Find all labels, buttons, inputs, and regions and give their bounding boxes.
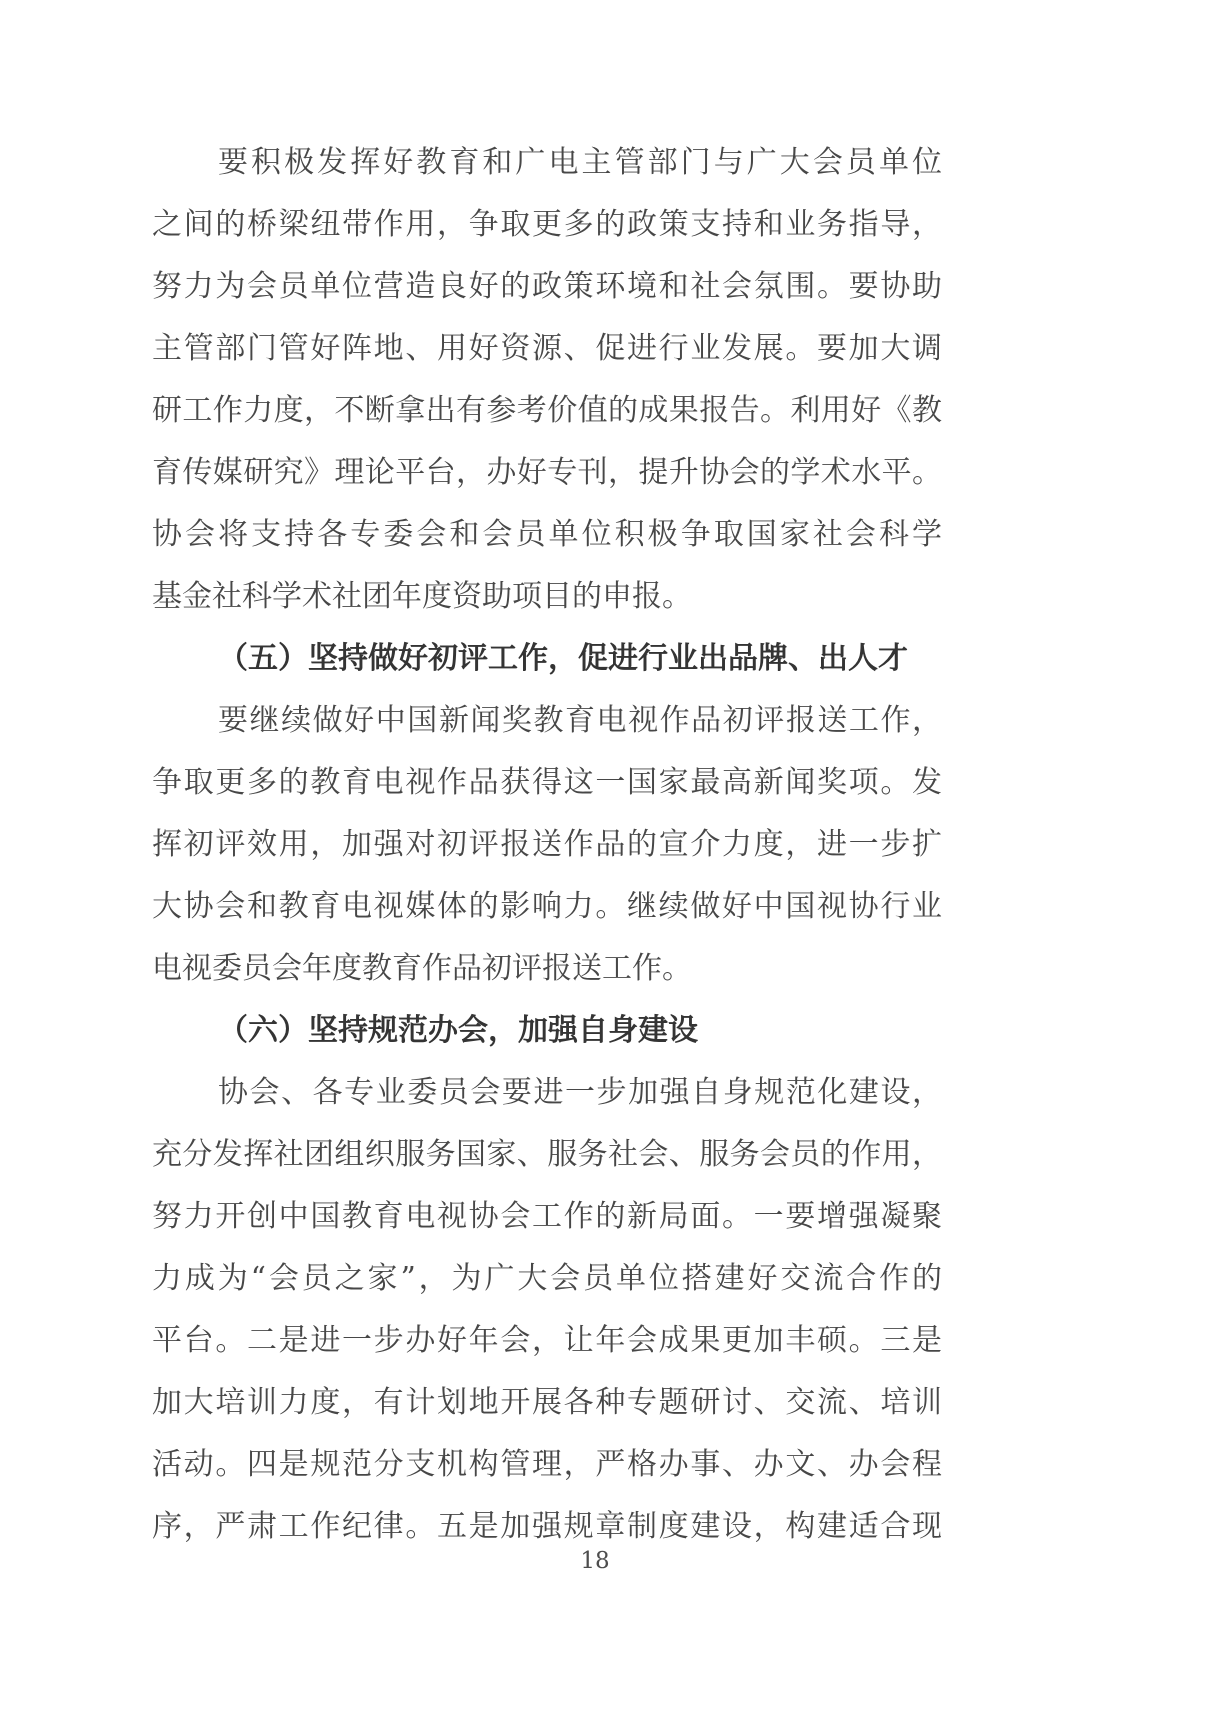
paragraph-line: 平台。二是进一步办好年会，让年会成果更加丰硕。三是: [152, 1310, 942, 1372]
paragraph-line: 育传媒研究》理论平台，办好专刊，提升协会的学术水平。: [152, 442, 942, 504]
paragraph-line: 力成为“会员之家”，为广大会员单位搭建好交流合作的: [152, 1248, 942, 1310]
paragraph-line: 基金社科学术社团年度资助项目的申报。: [152, 566, 942, 628]
paragraph-line: 加大培训力度，有计划地开展各种专题研讨、交流、培训: [152, 1372, 942, 1434]
paragraph-line: 努力开创中国教育电视协会工作的新局面。一要增强凝聚: [152, 1186, 942, 1248]
paragraph-line: 电视委员会年度教育作品初评报送工作。: [152, 938, 942, 1000]
paragraph-line: 充分发挥社团组织服务国家、服务社会、服务会员的作用，: [152, 1124, 942, 1186]
paragraph-line: 挥初评效用，加强对初评报送作品的宣介力度，进一步扩: [152, 814, 942, 876]
paragraph-line: 要继续做好中国新闻奖教育电视作品初评报送工作，: [152, 690, 942, 752]
paragraph-line: 之间的桥梁纽带作用，争取更多的政策支持和业务指导，: [152, 194, 942, 256]
document-page: 要积极发挥好教育和广电主管部门与广大会员单位 之间的桥梁纽带作用，争取更多的政策…: [0, 0, 1205, 1718]
document-body: 要积极发挥好教育和广电主管部门与广大会员单位 之间的桥梁纽带作用，争取更多的政策…: [152, 132, 942, 1558]
paragraph-line: 努力为会员单位营造良好的政策环境和社会氛围。要协助: [152, 256, 942, 318]
page-number: 18: [0, 1548, 1190, 1574]
paragraph-line: 大协会和教育电视媒体的影响力。继续做好中国视协行业: [152, 876, 942, 938]
paragraph-line: 要积极发挥好教育和广电主管部门与广大会员单位: [152, 132, 942, 194]
section-heading-5: （五）坚持做好初评工作，促进行业出品牌、出人才: [152, 628, 942, 690]
paragraph-line: 争取更多的教育电视作品获得这一国家最高新闻奖项。发: [152, 752, 942, 814]
paragraph-line: 主管部门管好阵地、用好资源、促进行业发展。要加大调: [152, 318, 942, 380]
section-heading-6: （六）坚持规范办会，加强自身建设: [152, 1000, 942, 1062]
paragraph-line: 研工作力度，不断拿出有参考价值的成果报告。利用好《教: [152, 380, 942, 442]
paragraph-line: 活动。四是规范分支机构管理，严格办事、办文、办会程: [152, 1434, 942, 1496]
paragraph-line: 协会、各专业委员会要进一步加强自身规范化建设，: [152, 1062, 942, 1124]
paragraph-line: 协会将支持各专委会和会员单位积极争取国家社会科学: [152, 504, 942, 566]
